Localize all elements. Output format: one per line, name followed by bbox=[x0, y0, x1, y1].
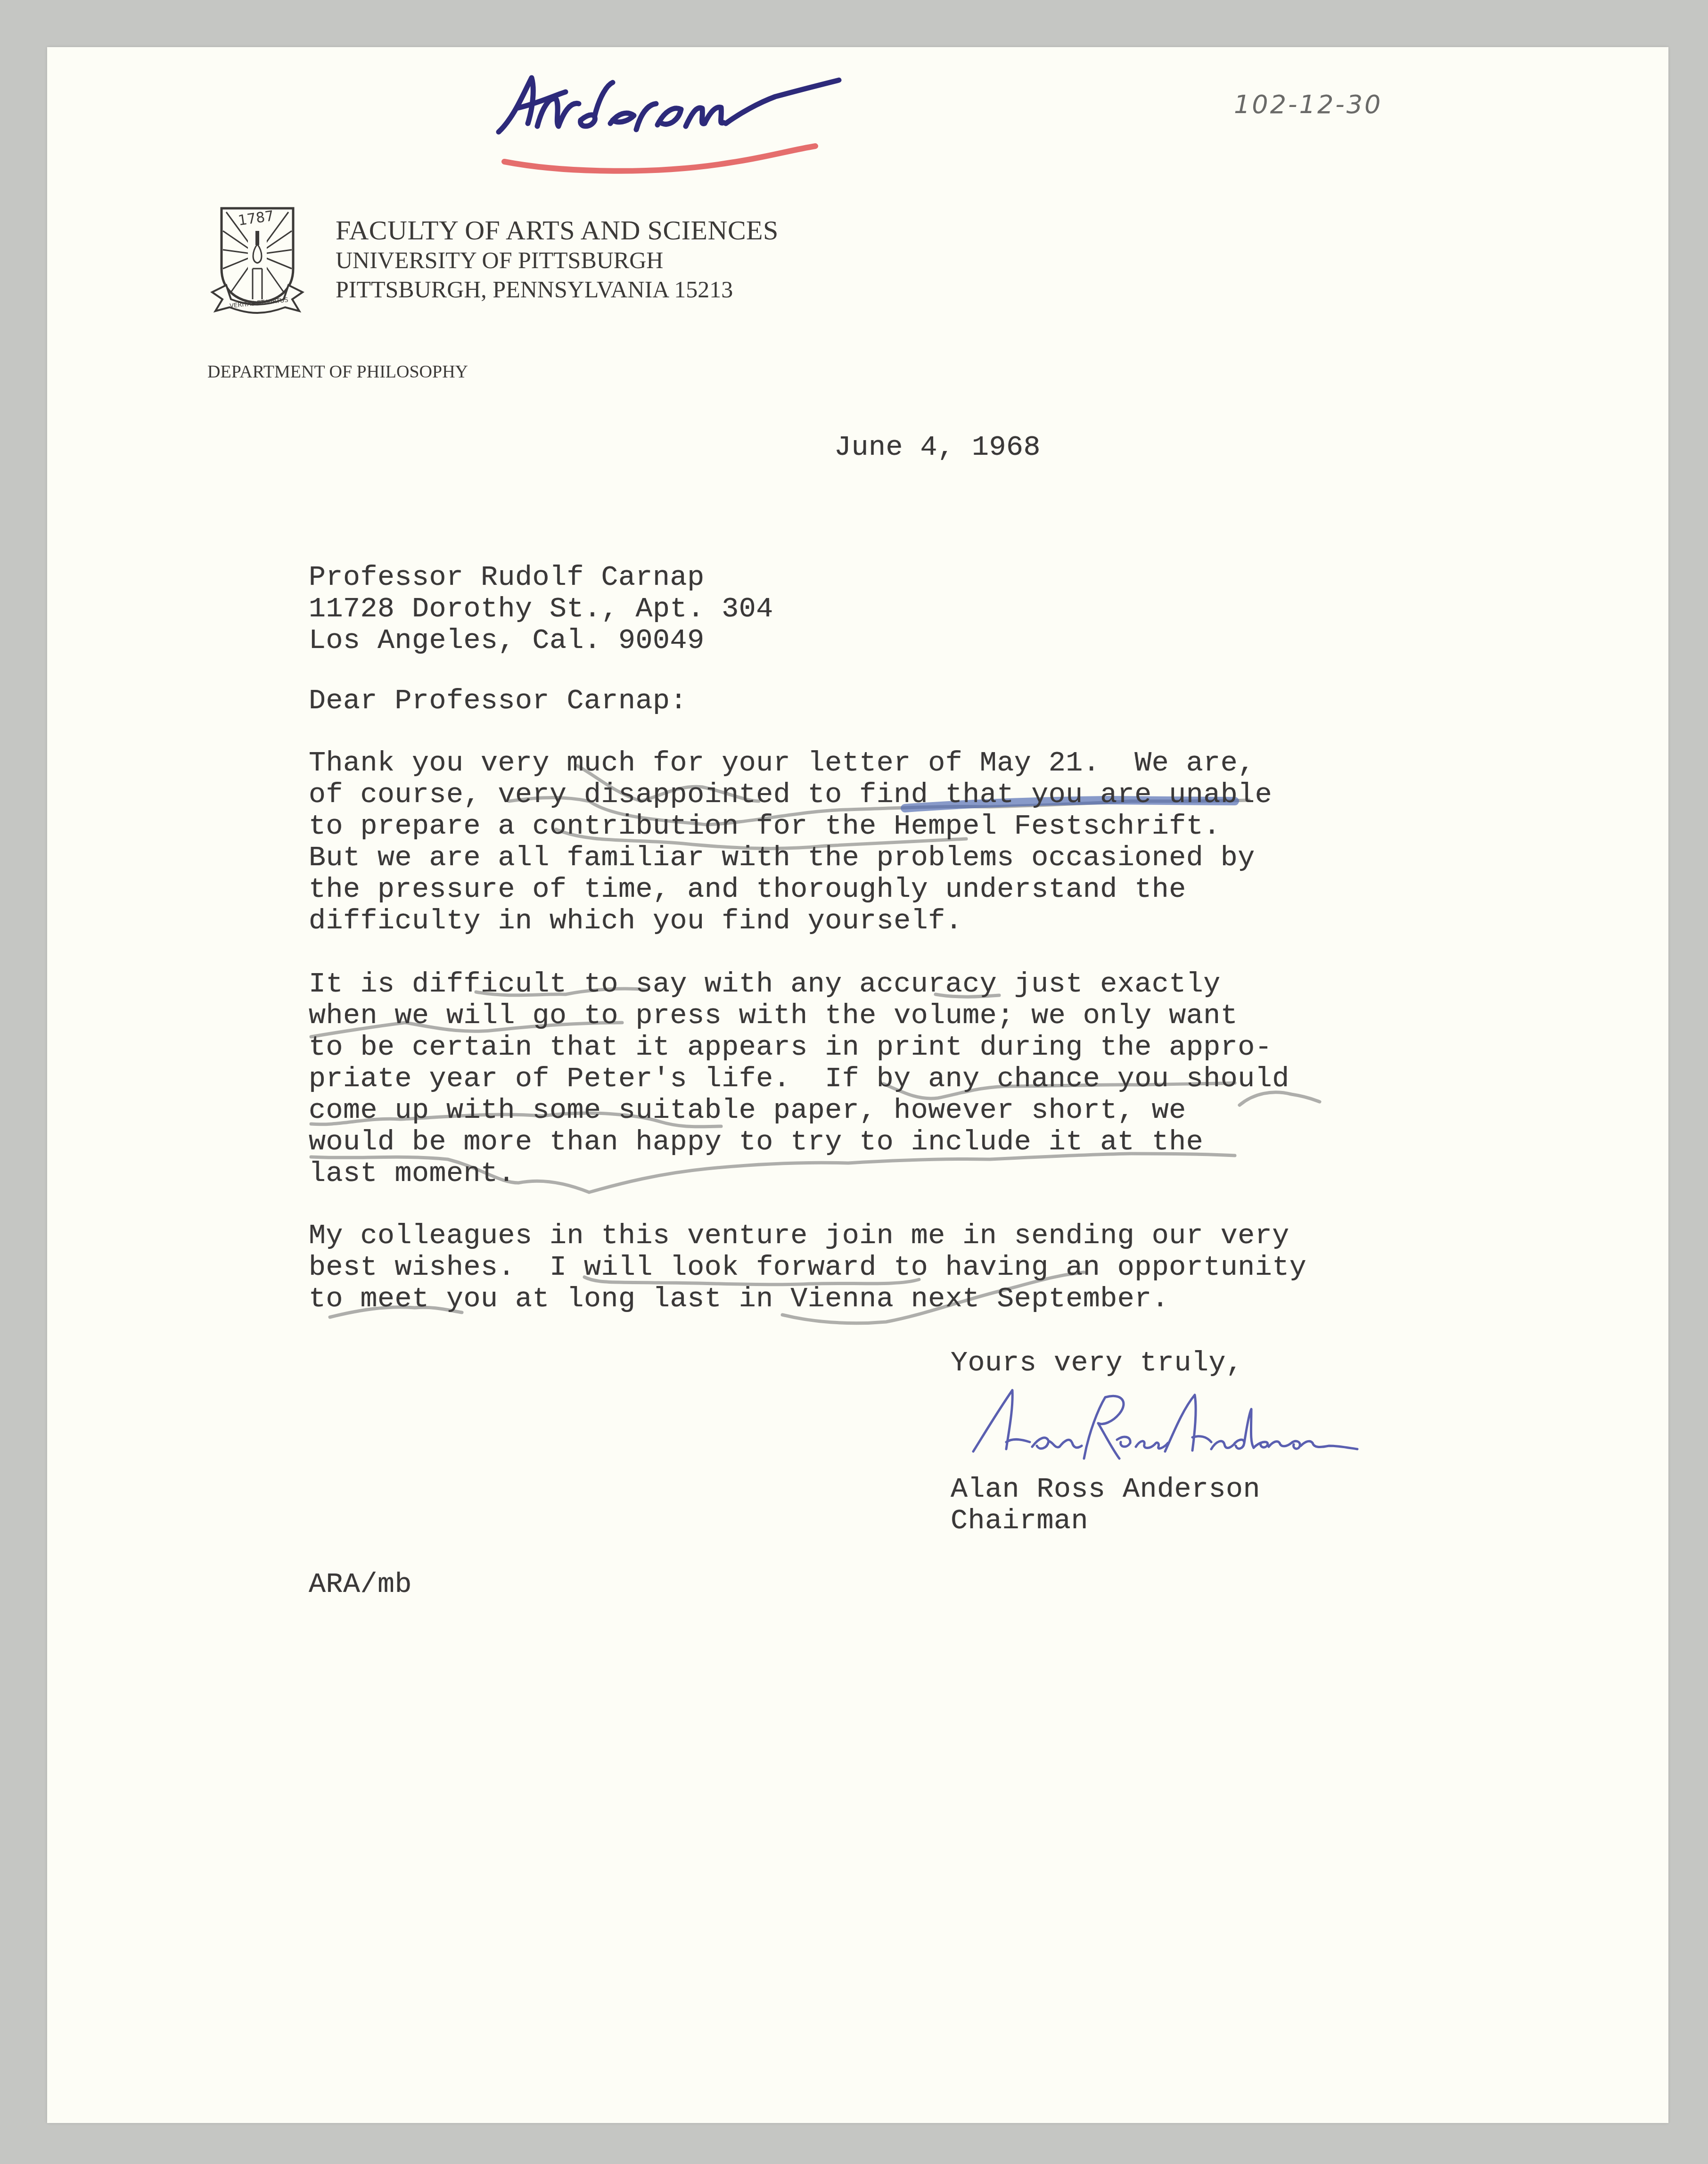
body-line: to meet you at long last in Vienna next … bbox=[309, 1284, 1306, 1315]
archive-number: 102-12-30 bbox=[1234, 90, 1382, 119]
letterhead-department: DEPARTMENT OF PHILOSOPHY bbox=[207, 361, 468, 382]
recipient-line: 11728 Dorothy St., Apt. 304 bbox=[309, 594, 773, 625]
body-line: come up with some suitable paper, howeve… bbox=[309, 1095, 1289, 1127]
signer-title: Chairman bbox=[951, 1506, 1260, 1537]
letter-date: June 4, 1968 bbox=[834, 432, 1041, 464]
body-line: to be certain that it appears in print d… bbox=[309, 1032, 1289, 1064]
body-line: Thank you very much for your letter of M… bbox=[309, 748, 1272, 779]
recipient-line: Professor Rudolf Carnap bbox=[309, 562, 773, 594]
body-paragraph-2: It is difficult to say with any accuracy… bbox=[309, 969, 1289, 1190]
body-line: priate year of Peter's life. If by any c… bbox=[309, 1064, 1289, 1095]
body-line: last moment. bbox=[309, 1158, 1289, 1190]
signer-name: Alan Ross Anderson bbox=[951, 1474, 1260, 1506]
letterhead-address: PITTSBURGH, PENNSYLVANIA 15213 bbox=[336, 276, 733, 303]
body-line: But we are all familiar with the problem… bbox=[309, 843, 1272, 874]
body-line: the pressure of time, and thoroughly und… bbox=[309, 874, 1272, 906]
body-line: best wishes. I will look forward to havi… bbox=[309, 1252, 1306, 1284]
recipient-address: Professor Rudolf Carnap 11728 Dorothy St… bbox=[309, 562, 773, 657]
body-line: to prepare a contribution for the Hempel… bbox=[309, 811, 1272, 843]
body-line: when we will go to press with the volume… bbox=[309, 1000, 1289, 1032]
body-line: difficulty in which you find yourself. bbox=[309, 906, 1272, 937]
reference-initials: ARA/mb bbox=[309, 1569, 412, 1601]
body-line: would be more than happy to try to inclu… bbox=[309, 1127, 1289, 1158]
body-paragraph-1: Thank you very much for your letter of M… bbox=[309, 748, 1272, 937]
signature-block: Alan Ross Anderson Chairman bbox=[951, 1474, 1260, 1537]
body-line: It is difficult to say with any accuracy… bbox=[309, 969, 1289, 1000]
body-paragraph-3: My colleagues in this venture join me in… bbox=[309, 1221, 1306, 1315]
closing: Yours very truly, bbox=[951, 1348, 1243, 1379]
recipient-line: Los Angeles, Cal. 90049 bbox=[309, 625, 773, 657]
letterhead-faculty: FACULTY OF ARTS AND SCIENCES bbox=[336, 214, 779, 246]
letterhead-university: UNIVERSITY OF PITTSBURGH bbox=[336, 246, 663, 274]
body-line: My colleagues in this venture join me in… bbox=[309, 1221, 1306, 1252]
salutation: Dear Professor Carnap: bbox=[309, 686, 687, 717]
body-line: of course, very disappointed to find tha… bbox=[309, 779, 1272, 811]
